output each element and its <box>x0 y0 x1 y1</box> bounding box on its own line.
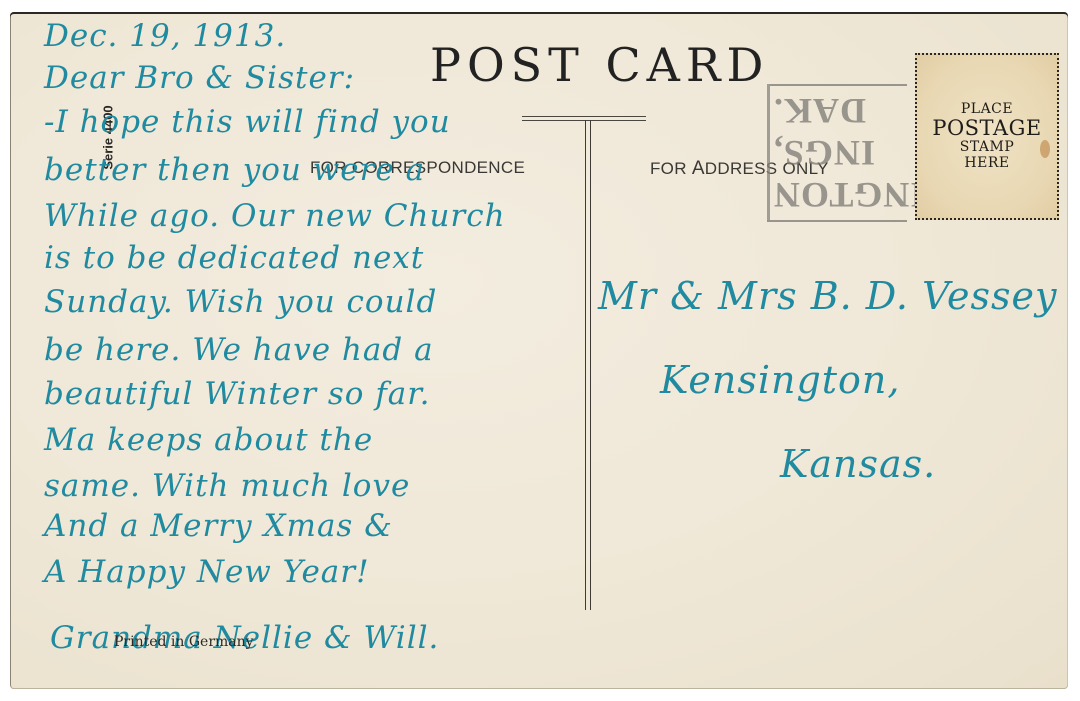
postmark-text: INGTON INGS, DAK. <box>773 90 905 216</box>
address-state: Kansas. <box>780 442 936 486</box>
message-line: A Happy New Year! <box>44 554 370 590</box>
message-date: Dec. 19, 1913. <box>44 18 286 54</box>
message-line: -I hope this will find you <box>44 104 451 140</box>
postmark-line: DAK. <box>773 93 866 129</box>
postmark-frame-left <box>767 84 770 222</box>
printed-in-germany: Printed in Germany <box>114 634 254 650</box>
message-line: be here. We have had a <box>44 332 434 368</box>
stamp-box: PLACE POSTAGE STAMP HERE <box>915 53 1059 220</box>
address-city: Kensington, <box>660 358 900 402</box>
address-label-initial: A <box>692 158 705 179</box>
postmark-line: INGS, <box>773 135 875 171</box>
postmark-frame-bottom <box>767 220 907 222</box>
divider-top-line-2 <box>522 120 646 121</box>
divider-vertical-line-1 <box>585 120 586 610</box>
message-line: And a Merry Xmas & <box>44 508 393 544</box>
postmark-frame-top <box>767 84 907 86</box>
message-line: same. With much love <box>44 468 410 504</box>
message-line: Dear Bro & Sister: <box>44 60 355 96</box>
message-line: better then you were a <box>44 152 425 188</box>
message-line: Sunday. Wish you could <box>44 284 437 320</box>
message-line: While ago. Our new Church <box>44 198 506 234</box>
postcard: POST CARD Serie 4400 FOR CORRESPONDENCE … <box>10 12 1068 689</box>
message-line: beautiful Winter so far. <box>44 376 431 412</box>
stamp-box-line: POSTAGE <box>932 117 1041 140</box>
divider-vertical-line-2 <box>590 120 591 610</box>
divider-top-line-1 <box>522 116 646 117</box>
message-line: Ma keeps about the <box>44 422 373 458</box>
message-line: is to be dedicated next <box>44 240 424 276</box>
postmark-line: INGTON <box>773 177 924 213</box>
rust-stain <box>1040 140 1050 158</box>
stamp-box-line: PLACE <box>961 102 1013 117</box>
address-label-for: FOR <box>650 159 692 178</box>
stamp-box-line: STAMP <box>960 140 1015 155</box>
stamp-box-line: HERE <box>964 156 1009 171</box>
postmark-cancellation: INGTON INGS, DAK. <box>767 84 907 224</box>
address-recipient: Mr & Mrs B. D. Vessey <box>598 274 1057 318</box>
postcard-heading: POST CARD <box>430 38 769 92</box>
